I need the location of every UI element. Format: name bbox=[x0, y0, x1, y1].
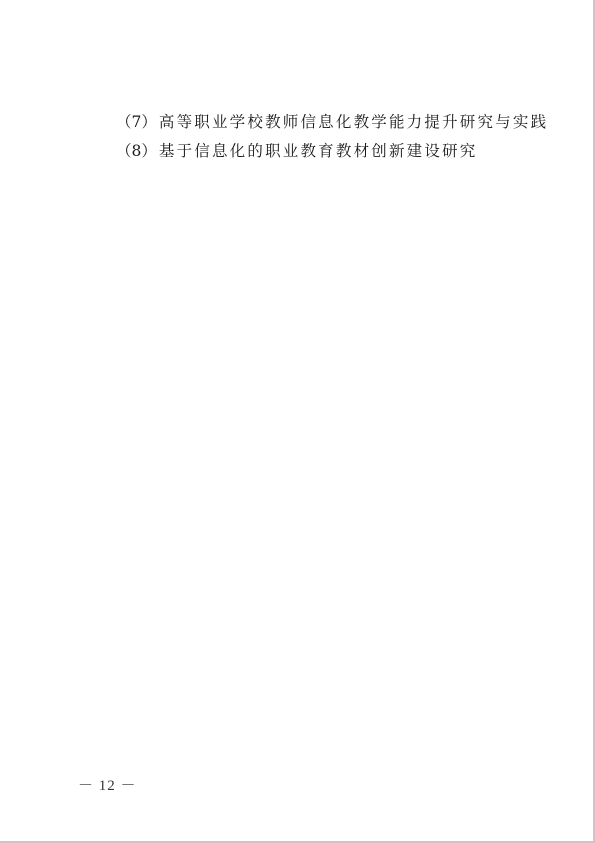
list-item-text: 基于信息化的职业教育教材创新建设研究 bbox=[159, 142, 478, 160]
list-item-text: 高等职业学校教师信息化教学能力提升研究与实践 bbox=[159, 113, 548, 131]
list-item-number: （7） bbox=[116, 113, 157, 131]
list-item: （7）高等职业学校教师信息化教学能力提升研究与实践 bbox=[116, 112, 548, 132]
page-number: － 12 － bbox=[78, 774, 137, 795]
list-item-number: （8） bbox=[116, 142, 157, 160]
document-page: （7）高等职业学校教师信息化教学能力提升研究与实践 （8）基于信息化的职业教育教… bbox=[0, 0, 595, 843]
list-item: （8）基于信息化的职业教育教材创新建设研究 bbox=[116, 141, 477, 161]
